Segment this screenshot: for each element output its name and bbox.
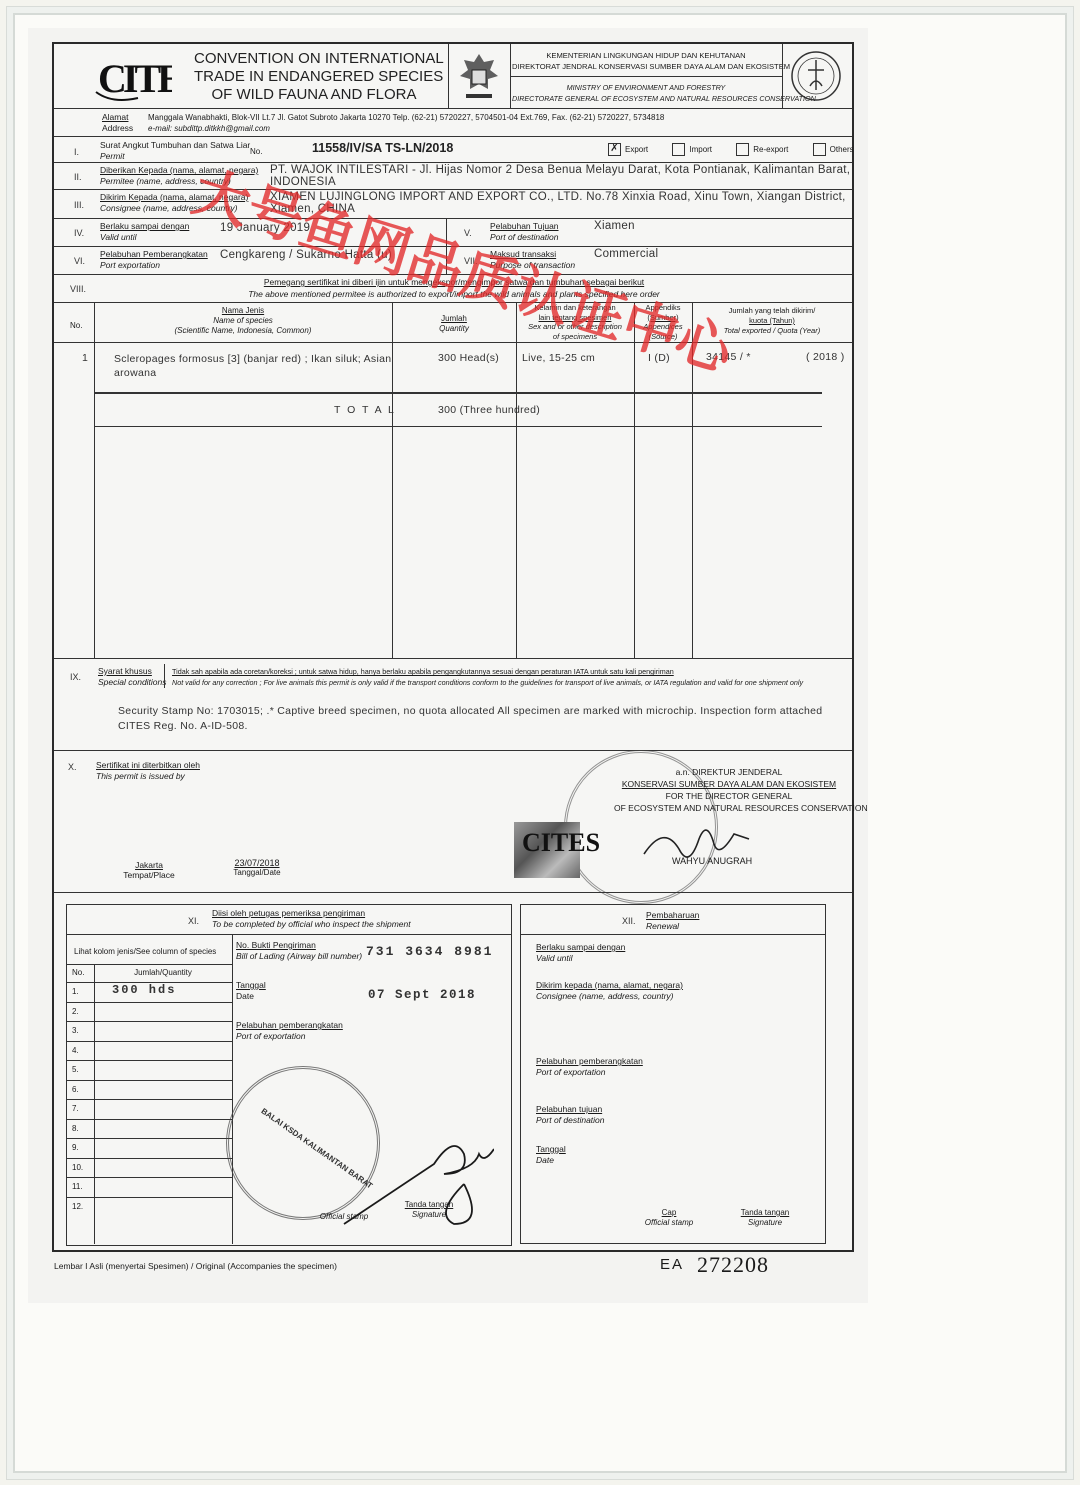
permitee-value: PT. WAJOK INTILESTARI - Jl. Hijas Nomor …	[270, 164, 850, 188]
renewal-port-exp-label-id: Pelabuhan pemberangkatan	[536, 1056, 643, 1067]
inspection-title-en: To be completed by official who inspect …	[212, 919, 411, 930]
serial-prefix: EA	[660, 1256, 684, 1273]
permit-number: 11558/IV/SA TS-LN/2018	[312, 141, 453, 155]
species-name: Scleropages formosus [3] (banjar red) ; …	[114, 352, 391, 380]
re-export-checkbox[interactable]: Re-export	[736, 145, 788, 154]
renewal-date-label-en: Date	[536, 1155, 554, 1166]
bol-label-id: No. Bukti Pengiriman	[236, 940, 316, 951]
port-exportation-value: Cengkareng / Sukarno Hatta (u)	[220, 249, 392, 261]
permit-label-id: Surat Angkut Tumbuhan dan Satwa Liar	[100, 140, 250, 151]
signatory-name: WAHYU ANUGRAH	[672, 856, 752, 866]
destination-label-id: Pelabuhan Tujuan	[490, 221, 559, 232]
inspection-row-number: 4.	[72, 1046, 79, 1055]
inspection-row-number: 9.	[72, 1143, 79, 1152]
valid-until-value: 19 January 2019	[220, 222, 310, 234]
section-viii-number: VIII.	[70, 284, 86, 294]
inspection-date-label-id: Tanggal	[236, 980, 266, 991]
purpose-value: Commercial	[594, 248, 658, 260]
special-conditions-label-id: Syarat khusus	[98, 666, 152, 677]
inspection-row-quantity: 300 hds	[112, 983, 176, 997]
renewal-stamp-label: Cap Official stamp	[634, 1208, 704, 1228]
permit-label-en: Permit	[100, 151, 125, 162]
address-line: Manggala Wanabhakti, Blok-VII Lt.7 Jl. G…	[148, 112, 664, 123]
ministry-seal-icon	[790, 50, 842, 102]
renewal-title-en: Renewal	[646, 921, 679, 932]
section-iv-number: IV.	[74, 228, 84, 238]
inspection-row-number: 7.	[72, 1104, 79, 1113]
inspection-col-quantity: Jumlah/Quantity	[94, 968, 232, 977]
species-year: ( 2018 )	[806, 351, 845, 363]
renewal-valid-label-en: Valid until	[536, 953, 573, 964]
see-species-note: Lihat kolom jenis/See column of species	[74, 946, 216, 957]
purpose-label-id: Maksud transaksi	[490, 249, 556, 260]
permit-type-options: ✗Export Import Re-export Others	[608, 143, 854, 156]
address-label-en: Address	[102, 123, 133, 134]
email-line: e-mail: subdittp.ditkkh@gmail.com	[148, 123, 270, 134]
inspection-signature-label: Tanda tangan Signature	[394, 1200, 464, 1220]
renewal-port-dest-label-id: Pelabuhan tujuan	[536, 1104, 602, 1115]
section-ii-number: II.	[74, 172, 82, 182]
valid-until-label-id: Berlaku sampai dengan	[100, 221, 189, 232]
section-vi-number: VI.	[74, 256, 85, 266]
security-stamp-note: Security Stamp No: 1703015; .* Captive b…	[118, 704, 822, 734]
inspection-date-value: 07 Sept 2018	[368, 988, 476, 1002]
export-checkbox[interactable]: ✗Export	[608, 145, 648, 154]
col-species-header: Nama Jenis Name of species (Scientific N…	[94, 306, 392, 336]
svg-text:CITES: CITES	[98, 56, 172, 101]
convention-title: CONVENTION ON INTERNATIONAL TRADE IN END…	[194, 50, 434, 104]
permitee-label-id: Diberikan Kepada (nama, alamat, negara)	[100, 165, 258, 176]
inspection-row-number: 1.	[72, 987, 79, 996]
port-exportation-label-id: Pelabuhan Pemberangkatan	[100, 249, 208, 260]
col-quota-header: Jumlah yang telah dikirim/ kuota (Tahun)…	[692, 306, 852, 336]
inspection-row-number: 11.	[72, 1182, 83, 1191]
consignee-label-en: Consignee (name, address, country)	[100, 203, 238, 214]
issuing-official-title: a.n. DIREKTUR JENDERAL KONSERVASI SUMBER…	[614, 766, 844, 814]
section-x-number: X.	[68, 762, 77, 772]
col-description-header: Kelamin dan keterangan lain tentang spes…	[516, 303, 634, 341]
authorization-text-id: Pemegang sertifikat ini diberi ijin untu…	[154, 277, 754, 288]
renewal-date-label-id: Tanggal	[536, 1144, 566, 1155]
valid-until-label-en: Valid until	[100, 232, 137, 243]
cites-permit-document: CITES CONVENTION ON INTERNATIONAL TRADE …	[52, 42, 854, 1252]
cites-logo: CITES	[92, 52, 172, 104]
renewal-signature-label: Tanda tangan Signature	[730, 1208, 800, 1228]
section-xii-number: XII.	[622, 916, 636, 926]
inspection-row-number: 2.	[72, 1007, 79, 1016]
inspection-date-label-en: Date	[236, 991, 254, 1002]
inspection-row-number: 5.	[72, 1065, 79, 1074]
authorization-text-en: The above mentioned permitee is authoriz…	[154, 289, 754, 300]
purpose-label-en: Purpose of transaction	[490, 260, 575, 271]
col-appendix-header: Appendiks (Sumber) Appendices (Source)	[634, 303, 692, 341]
security-hologram-sticker: CITES	[514, 822, 580, 878]
port-exportation-label-en: Port exportation	[100, 260, 160, 271]
permit-no-label: No.	[250, 147, 262, 156]
consignee-value: XIAMEN LUJINGLONG IMPORT AND EXPORT CO.,…	[270, 191, 846, 215]
destination-label-en: Port of destination	[490, 232, 559, 243]
bol-value: 731 3634 8981	[366, 944, 493, 959]
total-value: 300 (Three hundred)	[438, 404, 540, 416]
col-quantity-header: Jumlah Quantity	[392, 314, 516, 334]
address-label-id: Alamat	[102, 112, 128, 123]
section-iii-number: III.	[74, 200, 84, 210]
inspection-stamp-label: Official stamp	[304, 1212, 384, 1221]
inspection-row-number: 6.	[72, 1085, 79, 1094]
issued-by-label-en: This permit is issued by	[96, 771, 185, 782]
inspection-row-number: 8.	[72, 1124, 79, 1133]
issue-place: Jakarta Tempat/Place	[114, 860, 184, 880]
section-vii-number: VII.	[464, 256, 478, 266]
issue-date: 23/07/2018 Tanggal/Date	[222, 858, 292, 878]
species-quota: 34145 / *	[706, 351, 751, 363]
inspection-col-no: No.	[72, 968, 84, 977]
renewal-consignee-label-id: Dikirim kepada (nama, alamat, negara)	[536, 980, 683, 991]
permitee-label-en: Permitee (name, address, country)	[100, 176, 231, 187]
serial-number: 272208	[697, 1252, 769, 1278]
renewal-title-id: Pembaharuan	[646, 910, 699, 921]
renewal-consignee-label-en: Consignee (name, address, country)	[536, 991, 674, 1002]
renewal-port-dest-label-en: Port of destination	[536, 1115, 605, 1126]
inspection-port-label-id: Pelabuhan pemberangkatan	[236, 1020, 343, 1031]
garuda-emblem-icon	[454, 50, 504, 104]
inspection-row-number: 3.	[72, 1026, 79, 1035]
bol-label-en: Bill of Lading (Airway bill number)	[236, 951, 362, 962]
sheet-note: Lembar I Asli (menyertai Spesimen) / Ori…	[54, 1261, 337, 1271]
ministry-name-id: KEMENTERIAN LINGKUNGAN HIDUP DAN KEHUTAN…	[512, 50, 780, 72]
section-i-number: I.	[74, 147, 79, 157]
destination-value: Xiamen	[594, 220, 635, 232]
special-conditions-text-id: Tidak sah apabila ada coretan/koreksi ; …	[172, 666, 674, 677]
total-label: T O T A L	[334, 404, 396, 416]
section-xi-number: XI.	[188, 916, 199, 926]
special-conditions-text-en: Not valid for any correction ; For live …	[172, 677, 803, 688]
inspection-row-number: 10.	[72, 1163, 83, 1172]
import-checkbox[interactable]: Import	[672, 145, 712, 154]
species-description: Live, 15-25 cm	[522, 352, 595, 364]
consignee-label-id: Dikirim Kepada (nama, alamat, negara)	[100, 192, 248, 203]
section-ix-number: IX.	[70, 672, 81, 682]
species-appendix: I (D)	[648, 352, 670, 364]
inspection-port-label-en: Port of exportation	[236, 1031, 305, 1042]
col-no-header: No.	[70, 321, 82, 330]
renewal-valid-label-id: Berlaku sampai dengan	[536, 942, 625, 953]
inspection-title-id: Diisi oleh petugas pemeriksa pengiriman	[212, 908, 365, 919]
section-v-number: V.	[464, 228, 472, 238]
inspection-row-number: 12.	[72, 1202, 83, 1211]
issued-by-label-id: Sertifikat ini diterbitkan oleh	[96, 760, 200, 771]
special-conditions-label-en: Special conditions	[98, 677, 167, 688]
ministry-name-en: MINISTRY OF ENVIRONMENT AND FORESTRY DIR…	[512, 82, 780, 104]
renewal-port-exp-label-en: Port of exportation	[536, 1067, 605, 1078]
others-checkbox[interactable]: Others	[813, 145, 854, 154]
species-quantity: 300 Head(s)	[438, 352, 499, 364]
